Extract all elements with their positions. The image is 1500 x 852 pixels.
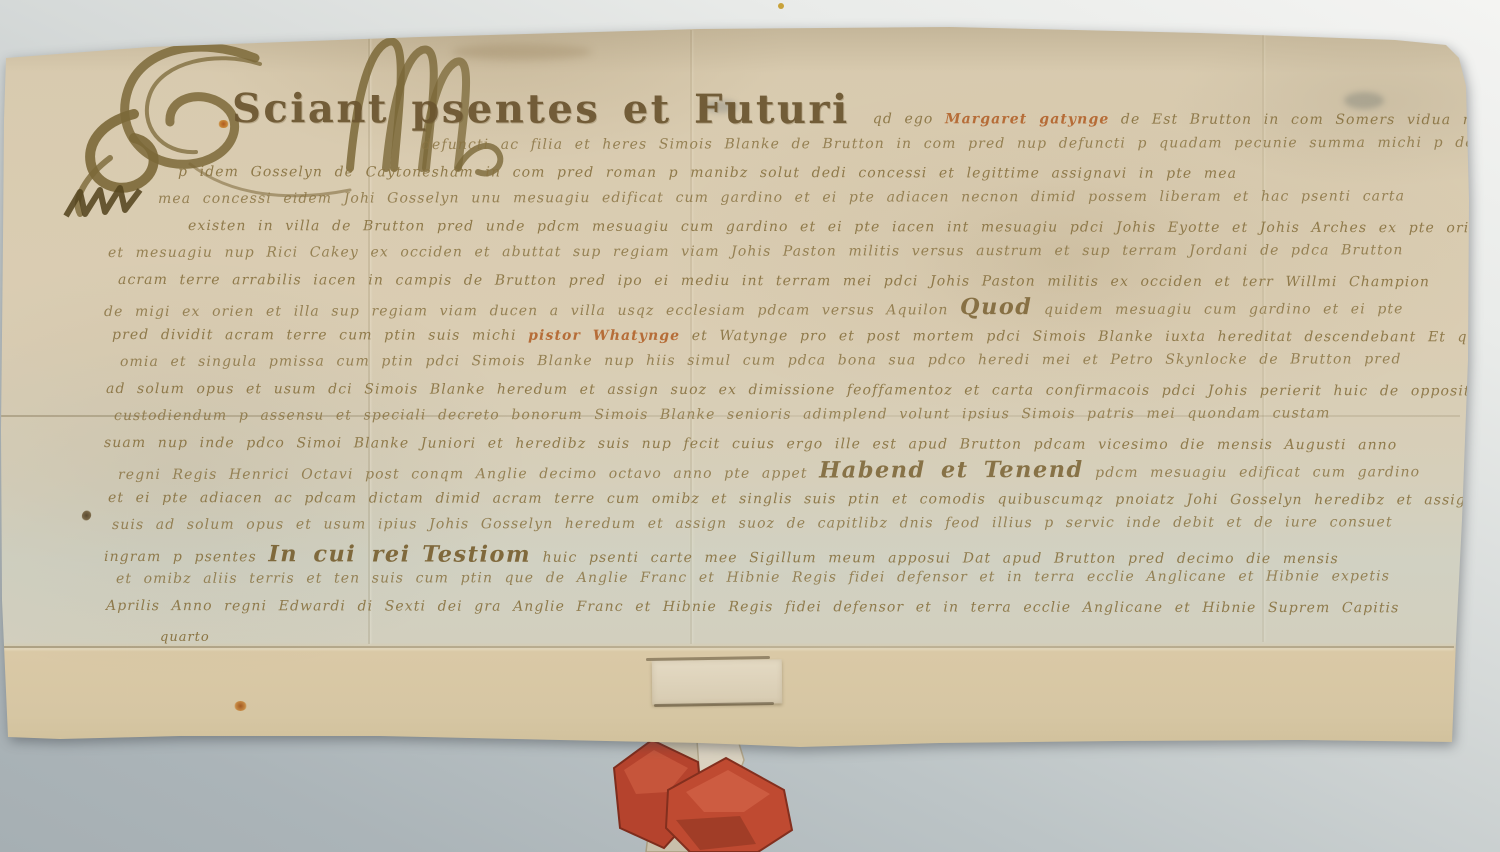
text-segment-plain: regni Regis Henrici Octavi post conqm An… (118, 466, 819, 483)
text-segment-plain: et ei pte adiacen ac pdcam dictam dimid … (108, 490, 1476, 508)
text-segment-plain: pdcm mesuagiu edificat cum gardino (1084, 464, 1421, 481)
text-segment-plain: omia et singula pmissa cum ptin pdci Sim… (120, 351, 1402, 370)
seal-tag-woven-band (652, 659, 782, 704)
manuscript-line: et omibz aliis terris et ten suis cum pt… (116, 568, 1436, 598)
manuscript-line: Sciant psentes et Futuri qd ego Margaret… (232, 84, 1437, 138)
text-segment-plain: existen in villa de Brutton pred unde pd… (188, 218, 1500, 236)
text-segment-plain: suis ad solum opus et usum ipius Johis G… (112, 514, 1393, 533)
text-segment-plain: suam nup inde pdco Simoi Blanke Juniori … (104, 435, 1397, 453)
parchment-deed: Sciant psentes et Futuri qd ego Margaret… (0, 0, 1500, 852)
manuscript-line: suis ad solum opus et usum ipius Johis G… (112, 514, 1436, 544)
text-segment-textura: Sciant psentes et Futuri (232, 85, 850, 133)
text-segment-plain: huic psenti carte mee Sigillum meum appo… (531, 550, 1339, 567)
text-segment-plain: de migi ex orien et illa sup regiam viam… (104, 302, 960, 320)
backdrop-speck (778, 3, 784, 9)
text-segment-plain: ad solum opus et usum dci Simois Blanke … (106, 381, 1480, 399)
rust-stain (234, 701, 247, 711)
text-segment-display: Testiom (422, 542, 531, 568)
text-segment-plain: et omibz aliis terris et ten suis cum pt… (116, 568, 1390, 587)
manuscript-line: custodiendum p assensu et speciali decre… (114, 405, 1436, 435)
parchment-wrap: Sciant psentes et Futuri qd ego Margaret… (0, 0, 1500, 852)
manuscript-line: de migi ex orien et illa sup regiam viam… (104, 293, 1436, 323)
text-segment-plain: Aprilis Anno regni Edwardi di Sexti dei … (106, 598, 1399, 616)
text-segment-rubric: Margaret gatynge (945, 111, 1109, 127)
catchword-quarto: quarto (160, 630, 210, 645)
text-segment-display: Habend et Tenend (819, 457, 1084, 484)
manuscript-line: Aprilis Anno regni Edwardi di Sexti dei … (106, 598, 1436, 627)
text-segment-plain: mea concessi eidem Johi Gosselyn unu mes… (158, 188, 1405, 207)
text-segment-display: Quod (960, 294, 1032, 320)
text-segment-display: In cui rei (268, 541, 410, 567)
manuscript-line: mea concessi eidem Johi Gosselyn unu mes… (158, 188, 1436, 218)
text-segment-plain: pred dividit acram terre cum ptin suis m… (112, 327, 528, 344)
text-segment-plain: quidem mesuagiu cum gardino et ei pte (1032, 301, 1403, 318)
text-segment-plain: acram terre arrabilis iacen in campis de… (118, 272, 1430, 290)
margin-mark (62, 182, 152, 222)
photo-backdrop: Sciant psentes et Futuri qd ego Margaret… (0, 0, 1500, 852)
manuscript-line: et mesuagiu nup Rici Cakey ex occiden et… (108, 242, 1436, 272)
ink-speck (80, 508, 93, 522)
text-segment-plain: custodiendum p assensu et speciali decre… (114, 405, 1331, 424)
text-segment-plain: ingram p psentes (104, 549, 268, 565)
manuscript-line: regni Regis Henrici Octavi post conqm An… (118, 456, 1436, 486)
manuscript-line: ingram p psentes In cui rei Testiom huic… (104, 541, 1436, 570)
text-segment-plain: defuncti ac filia et heres Simois Blanke… (422, 135, 1500, 153)
manuscript-line: defuncti ac filia et heres Simois Blanke… (422, 135, 1436, 164)
plica-fold-crease (4, 646, 1454, 648)
text-segment-plain: p idem Gosselyn de Caytonesham in com pr… (178, 164, 1237, 182)
text-segment-plain: et Watynge pro et post mortem pdci Simoi… (680, 328, 1487, 345)
text-segment-plain: de Est Brutton in com Somers vidua nup u… (1109, 112, 1500, 129)
text-segment-plain: et mesuagiu nup Rici Cakey ex occiden et… (108, 242, 1404, 261)
text-segment-rubric: pistor Whatynge (528, 328, 680, 344)
manuscript-line: omia et singula pmissa cum ptin pdci Sim… (120, 351, 1436, 381)
text-segment-plain (411, 550, 423, 566)
text-segment-plain: qd ego (850, 111, 945, 127)
